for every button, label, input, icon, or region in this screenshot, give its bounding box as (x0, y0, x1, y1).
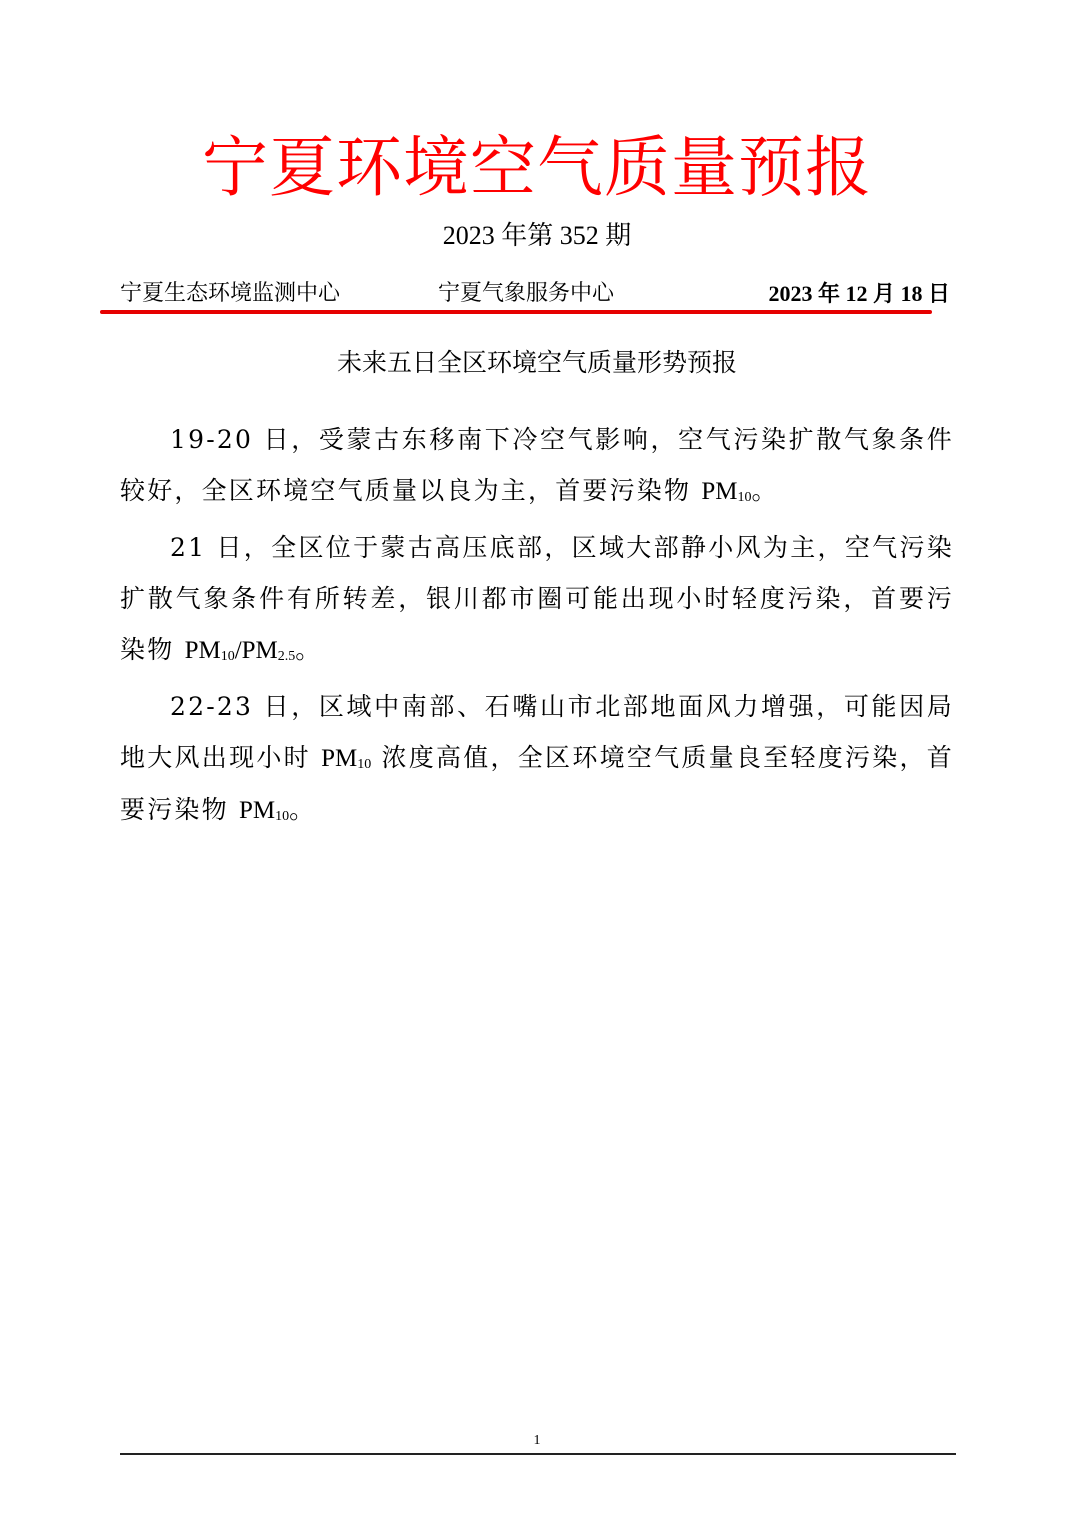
red-header-rule (100, 310, 932, 314)
page-number: 1 (0, 1432, 1074, 1450)
paragraph-end: 。 (289, 795, 316, 824)
masthead-title: 宁夏环境空气质量预报 (0, 128, 1074, 208)
agency-meteorological-service: 宁夏气象服务中心 (438, 278, 614, 310)
issue-date: 2023 年 12 月 18 日 (768, 278, 950, 310)
footer-rule (120, 1453, 956, 1455)
pollutant-pm: PM (185, 637, 221, 664)
paragraph-text: 19-20 日，受蒙古东移南下冷空气影响，空气污染扩散气象条件较好，全区环境空气… (120, 425, 954, 505)
pollutant-subscript: 10 (275, 809, 289, 824)
pollutant-subscript: 2.5 (278, 649, 296, 664)
issue-year: 2023 (443, 221, 495, 250)
pollutant-pm: PM (242, 637, 278, 664)
issuer-line: 宁夏生态环境监测中心 宁夏气象服务中心 2023 年 12 月 18 日 (120, 278, 950, 310)
section-title: 未来五日全区环境空气质量形势预报 (0, 345, 1074, 381)
pollutant-pm: PM (701, 478, 737, 505)
pollutant-subscript: 10 (738, 490, 752, 505)
paragraph-end: 。 (295, 635, 322, 664)
forecast-paragraph-21: 21 日，全区位于蒙古高压底部，区域大部静小风为主，空气污染扩散气象条件有所转差… (120, 522, 954, 676)
issue-line: 2023 年第 352 期 (0, 218, 1074, 254)
document-page: 宁夏环境空气质量预报 2023 年第 352 期 宁夏生态环境监测中心 宁夏气象… (0, 0, 1074, 1520)
pollutant-subscript: 10 (221, 649, 235, 664)
agency-ecology-monitoring: 宁夏生态环境监测中心 (120, 278, 340, 310)
pollutant-pm: PM (321, 745, 357, 772)
issue-year-suffix: 年第 (501, 221, 553, 250)
pollutant-pm: PM (239, 797, 275, 824)
issue-number: 352 (560, 221, 599, 250)
issue-suffix: 期 (605, 221, 631, 250)
pollutant-subscript: 10 (357, 757, 371, 772)
paragraph-end: 。 (752, 476, 779, 505)
pollutant-separator: / (235, 637, 242, 664)
forecast-paragraph-19-20: 19-20 日，受蒙古东移南下冷空气影响，空气污染扩散气象条件较好，全区环境空气… (120, 414, 954, 517)
forecast-paragraph-22-23: 22-23 日，区域中南部、石嘴山市北部地面风力增强，可能因局地大风出现小时 P… (120, 681, 954, 836)
